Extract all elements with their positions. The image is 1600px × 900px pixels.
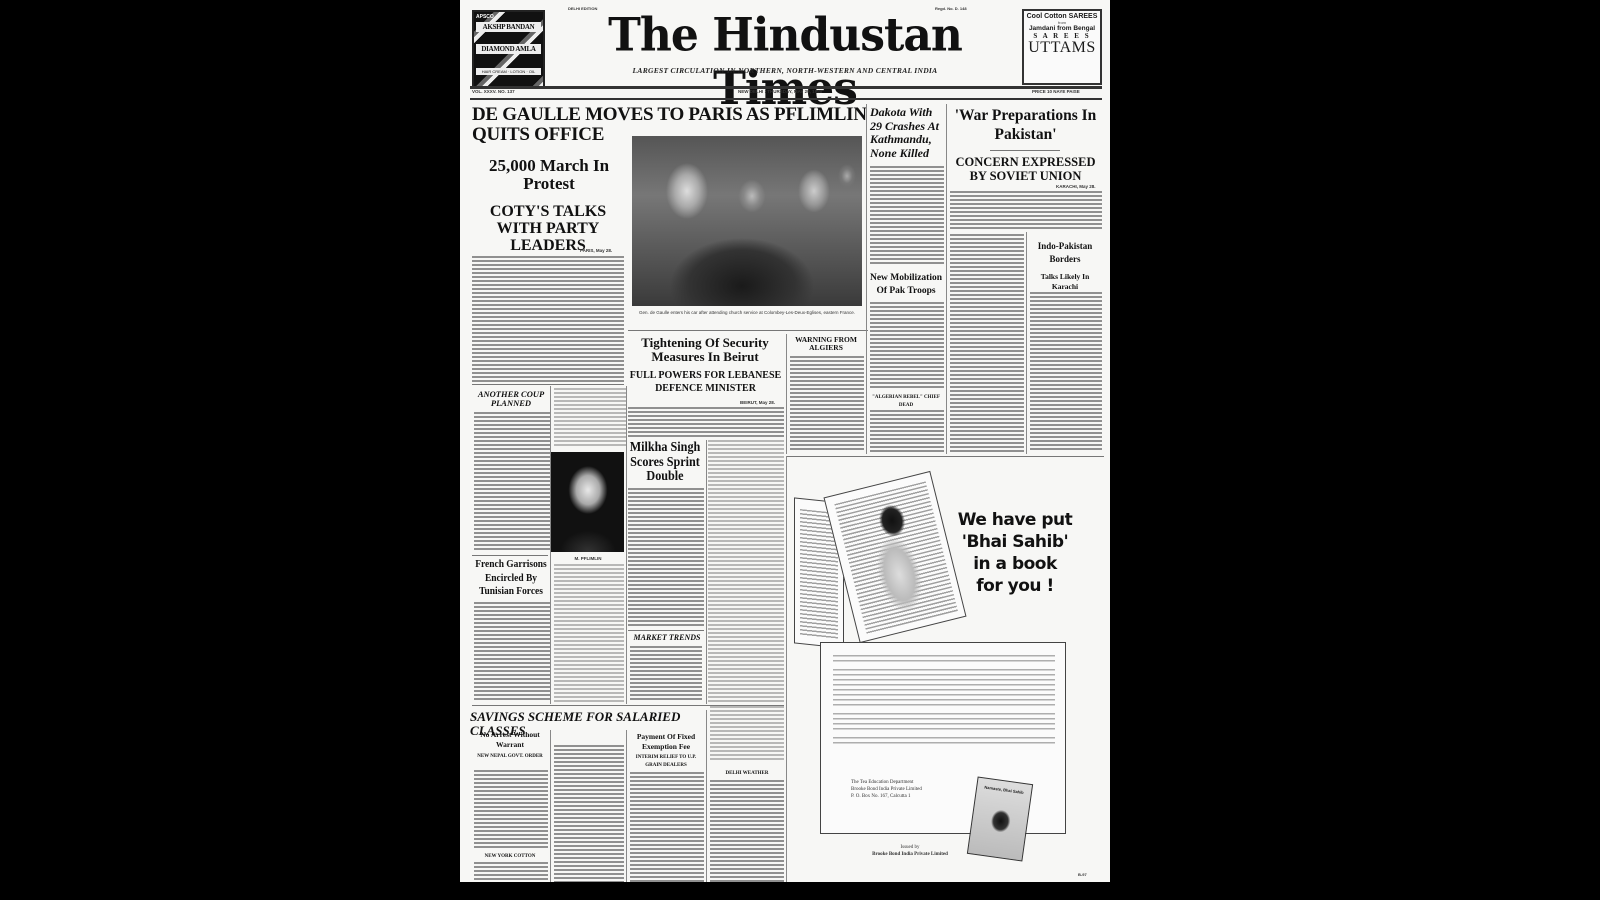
milkha-body-text: [628, 488, 704, 628]
dakota-body-text: [870, 166, 944, 266]
ad-slogan: We have put 'Bhai Sahib' in a book for y…: [950, 509, 1080, 597]
column-rule: [706, 440, 707, 704]
exemption-body-text: [630, 772, 704, 882]
ad-line: Cool Cotton SAREES: [1026, 13, 1098, 20]
column-rule: [626, 730, 627, 882]
war-prep-dateline: KARACHI, May 28.: [1056, 184, 1096, 189]
column-rule: [786, 334, 787, 454]
algiers-body-text: [790, 356, 864, 452]
divider: [786, 456, 1104, 457]
slogan-line: in a book: [950, 553, 1080, 575]
lead-deck-2: COTY'S TALKS WITH PARTY LEADERS: [468, 204, 628, 254]
rebel-chief-subhead: "ALGERIAN REBEL" CHIEF DEAD: [868, 394, 944, 410]
ad-paragraph: [833, 669, 1055, 709]
booklet-title: Namaste, Bhai Sahib: [977, 784, 1031, 796]
column-rule: [706, 710, 707, 882]
tagline: LARGEST CIRCULATION IN NORTHERN, NORTH-W…: [560, 66, 1010, 75]
column-rule: [786, 456, 787, 882]
exemption-headline: Payment Of Fixed Exemption Fee: [626, 732, 706, 751]
mobilization-headline: New Mobilization Of Pak Troops: [866, 272, 946, 297]
portrait-caption: M. PFLIMLIN: [556, 556, 620, 561]
volume-number: VOL. XXXV. NO. 137: [472, 89, 515, 94]
indo-pak-body-text: [1030, 292, 1102, 452]
ad-brand: UTTAMS: [1026, 40, 1098, 56]
beirut-dateline: BEIRUT, May 28.: [740, 400, 775, 405]
war-prep-body-text: [950, 191, 1102, 229]
dakota-headline: Dakota With 29 Crashes At Kathmandu, Non…: [866, 106, 946, 160]
lead-deck-1: 25,000 March In Protest: [474, 157, 624, 193]
divider: [990, 150, 1060, 151]
indo-pak-headline: Indo-Pakistan Borders: [1027, 240, 1103, 266]
ad-code: B-97: [1078, 872, 1087, 877]
beirut-deck: FULL POWERS FOR LEBANESE DEFENCE MINISTE…: [628, 370, 783, 395]
beirut-continued-text: [708, 440, 784, 702]
ad-issuer: Issued by Brooke Bond India Private Limi…: [850, 844, 970, 858]
column-rule: [550, 730, 551, 882]
milkha-headline: Milkha Singh Scores Sprint Double: [628, 440, 702, 484]
ad-tag: APSCO: [476, 14, 541, 20]
war-prep-deck: CONCERN EXPRESSED BY SOVIET UNION: [948, 155, 1103, 183]
garrisons-body-text: [474, 602, 550, 702]
divider: [472, 384, 624, 385]
weather-body-text: [710, 780, 784, 882]
war-prep-headline: 'War Preparations In Pakistan': [948, 106, 1103, 144]
war-prep-body-text-2: [950, 234, 1024, 452]
divider: [628, 330, 868, 331]
issue-date: NEW DELHI : THURSDAY, MAY 29, 1958: [738, 89, 822, 94]
indo-pak-deck: Talks Likely In Karachi: [1027, 272, 1103, 292]
exemption-deck: INTERIM RELIEF TO U.P. GRAIN DEALERS: [628, 754, 704, 770]
savings-body-text: [554, 745, 624, 882]
market-headline: MARKET TRENDS: [628, 634, 706, 642]
market-body-text: [630, 646, 702, 702]
new-york-cotton: NEW YORK COTTON: [472, 854, 548, 859]
de-gaulle-photo: [632, 136, 862, 306]
beirut-body-text: [628, 407, 784, 437]
ad-foot: HAIR CREAM · LOTION · OIL: [476, 68, 541, 75]
ad-paragraph: [833, 737, 1055, 747]
slogan-line: for you !: [950, 575, 1080, 597]
algiers-headline: WARNING FROM ALGIERS: [788, 336, 864, 352]
book-right-page: [823, 471, 966, 643]
lead-continued-text-2: [554, 564, 624, 704]
newspaper-front-page: APSCO AKSHP BANDAN DIAMOND AMLA HAIR CRE…: [460, 0, 1110, 882]
ad-brand-1: AKSHP BANDAN: [476, 22, 541, 32]
garrisons-headline: French Garrisons Encircled By Tunisian F…: [472, 558, 549, 599]
rebel-chief-body-text: [870, 410, 944, 452]
issuer-name: Brooke Bond India Private Limited: [872, 852, 948, 857]
slogan-line: We have put: [950, 509, 1080, 531]
column-rule: [626, 386, 627, 704]
cotton-body-text: [474, 862, 548, 882]
ad-paragraph: [833, 713, 1055, 733]
photo-caption: Gen. de Gaulle enters his car after atte…: [636, 310, 858, 316]
lead-body-text: [472, 256, 624, 382]
address-line: Brooke Bond India Private Limited: [851, 786, 922, 793]
lead-continued-text: [554, 388, 626, 448]
address-line: P. O. Box No. 167, Calcutta 1: [851, 793, 922, 800]
price: PRICE 10 NAYE PAISE: [1032, 89, 1080, 94]
beirut-headline: Tightening Of Security Measures In Beiru…: [630, 336, 780, 363]
coup-headline: ANOTHER COUP PLANNED: [472, 390, 550, 408]
left-ear-advertisement: APSCO AKSHP BANDAN DIAMOND AMLA HAIR CRE…: [472, 10, 545, 88]
address-line: The Tea Education Department: [851, 779, 922, 786]
ad-brand-2: DIAMOND AMLA: [476, 44, 541, 54]
continued-text: [710, 706, 784, 760]
issued-by-label: Issued by: [850, 844, 970, 851]
ad-line: Jamdani from Bengal: [1026, 25, 1098, 32]
nepal-deck: NEW NEPAL GOVT. ORDER: [472, 753, 548, 761]
right-ear-advertisement: Cool Cotton SAREES from Jamdani from Ben…: [1022, 9, 1102, 85]
nepal-body-text: [474, 770, 548, 850]
lead-dateline: PARIS, May 28.: [580, 248, 612, 253]
weather-headline: DELHI WEATHER: [710, 771, 784, 776]
brooke-bond-advertisement: We have put 'Bhai Sahib' in a book for y…: [790, 462, 1108, 882]
booklet-image: Namaste, Bhai Sahib: [967, 776, 1033, 861]
mobilization-body-text: [870, 302, 944, 390]
nepal-headline: No Arrest Without Warrant: [472, 730, 548, 749]
divider: [628, 630, 704, 631]
coup-body-text: [474, 412, 550, 552]
pflimlin-portrait: [550, 452, 624, 552]
divider: [472, 555, 548, 556]
slogan-line: 'Bhai Sahib': [950, 531, 1080, 553]
ad-paragraph: [833, 655, 1055, 665]
dateline-rule: [470, 98, 1102, 100]
ad-address: The Tea Education Department Brooke Bond…: [851, 779, 922, 800]
column-rule: [946, 104, 947, 454]
column-rule: [550, 386, 551, 704]
